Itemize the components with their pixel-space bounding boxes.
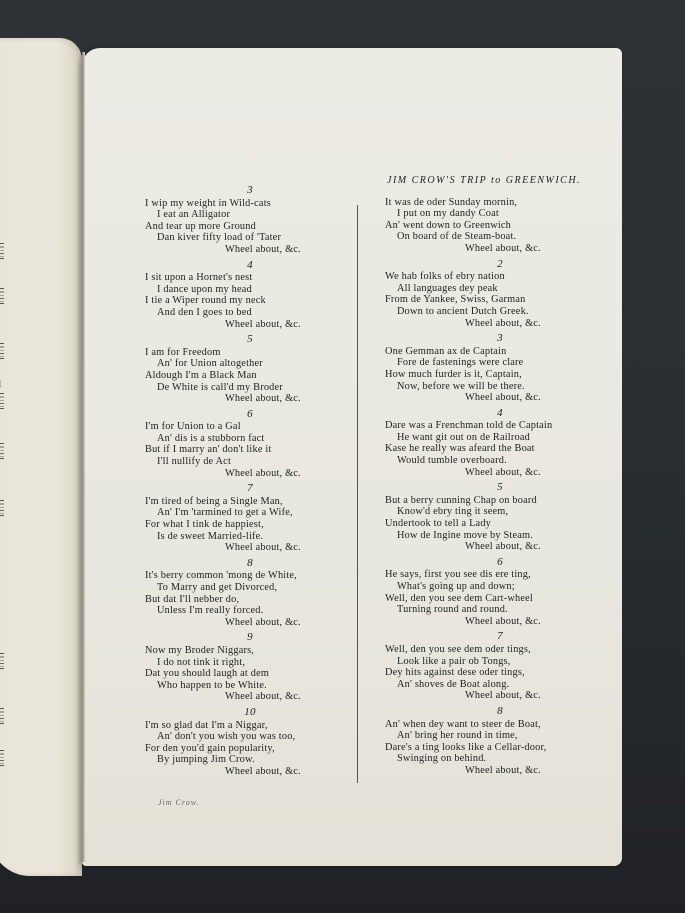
right-column-verses: JIM CROW'S TRIP to GREENWICH. It was de …	[385, 175, 615, 781]
stanza: 4I sit upon a Hornet's nestI dance upon …	[145, 260, 355, 331]
stanza-number: 5	[145, 334, 355, 346]
refrain-line: Wheel about, &c.	[145, 244, 355, 256]
page-gutter	[82, 52, 85, 862]
verse-line: What's going up and down;	[385, 581, 615, 593]
verse-line: Who happen to be White.	[145, 680, 355, 692]
stanza: 7Well, den you see dem oder tings,Look l…	[385, 631, 615, 702]
stanza: 6He says, first you see dis ere ting,Wha…	[385, 557, 615, 628]
refrain-line: Wheel about, &c.	[385, 243, 615, 255]
verse-line: He says, first you see dis ere ting,	[385, 569, 615, 581]
verse-line: Fore de fastenings were clare	[385, 357, 615, 369]
verse-line: From de Yankee, Swiss, Garman	[385, 294, 615, 306]
verse-line: I do not tink it right,	[145, 657, 355, 669]
stanza-number: 3	[385, 333, 615, 345]
verse-line: An' for Union altogether	[145, 358, 355, 370]
verse-line: Dare's a ting looks like a Cellar-door,	[385, 742, 615, 754]
stanza-number: 9	[145, 632, 355, 644]
verse-line: One Gemman ax de Captain	[385, 346, 615, 358]
verse-line: I sit upon a Hornet's nest	[145, 272, 355, 284]
verse-line: Aldough I'm a Black Man	[145, 370, 355, 382]
verse-line: I put on my dandy Coat	[385, 208, 615, 220]
refrain-line: Wheel about, &c.	[145, 766, 355, 778]
verse-line: An' don't you wish you was too,	[145, 731, 355, 743]
left-column-verses: 3I wip my weight in Wild-catsI eat an Al…	[145, 185, 355, 782]
music-staff	[0, 708, 4, 724]
verse-line: Know'd ebry ting it seem,	[385, 506, 615, 518]
verse-line: I'm for Union to a Gal	[145, 421, 355, 433]
stanza-number: 5	[385, 482, 615, 494]
verse-line: I wip my weight in Wild-cats	[145, 198, 355, 210]
verse-line: Dat you should laugh at dem	[145, 668, 355, 680]
verse-line: For what I tink de happiest,	[145, 519, 355, 531]
verse-line: But if I marry an' don't like it	[145, 444, 355, 456]
stanza-number: 2	[385, 259, 615, 271]
music-staff	[0, 750, 4, 766]
stanza-number: 6	[385, 557, 615, 569]
left-page-text-fragment: nd	[0, 378, 1, 390]
stanza: 9Now my Broder Niggars,I do not tink it …	[145, 632, 355, 703]
music-staff	[0, 443, 4, 459]
music-staff	[0, 288, 4, 304]
verse-line: Unless I'm really forced.	[145, 605, 355, 617]
refrain-line: Wheel about, &c.	[385, 467, 615, 479]
verse-line: But dat I'll nebber do,	[145, 594, 355, 606]
verse-line: De White is call'd my Broder	[145, 382, 355, 394]
verse-line: Turning round and round.	[385, 604, 615, 616]
page-footer-signature: Jim Crow.	[158, 798, 199, 807]
verse-line: I'm so glad dat I'm a Niggar,	[145, 720, 355, 732]
adjacent-left-page: nd	[0, 38, 82, 876]
verse-line: And tear up more Ground	[145, 221, 355, 233]
stanza: 3I wip my weight in Wild-catsI eat an Al…	[145, 185, 355, 256]
verse-line: We hab folks of ebry nation	[385, 271, 615, 283]
refrain-line: Wheel about, &c.	[145, 468, 355, 480]
stanza: 5But a berry cunning Chap on boardKnow'd…	[385, 482, 615, 553]
refrain-line: Wheel about, &c.	[145, 691, 355, 703]
stanza-number: 7	[385, 631, 615, 643]
stanza-number: 8	[385, 706, 615, 718]
verse-line: And den I goes to bed	[145, 307, 355, 319]
stanza-number: 10	[145, 707, 355, 719]
refrain-line: Wheel about, &c.	[145, 393, 355, 405]
verse-line: Dan kiver fifty load of 'Tater	[145, 232, 355, 244]
verse-line: It's berry common 'mong de White,	[145, 570, 355, 582]
stanza-number: 4	[145, 260, 355, 272]
verse-line: An' went down to Greenwich	[385, 220, 615, 232]
verse-line: All languages dey peak	[385, 283, 615, 295]
verse-line: For den you'd gain popularity,	[145, 743, 355, 755]
verse-line: Down to ancient Dutch Greek.	[385, 306, 615, 318]
refrain-line: Wheel about, &c.	[385, 616, 615, 628]
verse-line: Look like a pair ob Tongs,	[385, 656, 615, 668]
verse-line: I dance upon my head	[145, 284, 355, 296]
verse-line: I eat an Alligator	[145, 209, 355, 221]
column-divider	[357, 205, 358, 783]
verse-line: But a berry cunning Chap on board	[385, 495, 615, 507]
music-staff	[0, 343, 4, 359]
music-staff	[0, 500, 4, 516]
refrain-line: Wheel about, &c.	[145, 617, 355, 629]
stanza: 8It's berry common 'mong de White,To Mar…	[145, 558, 355, 629]
verse-line: To Marry and get Divorced,	[145, 582, 355, 594]
verse-line: I am for Freedom	[145, 347, 355, 359]
refrain-line: Wheel about, &c.	[385, 392, 615, 404]
stanza: 10I'm so glad dat I'm a Niggar,An' don't…	[145, 707, 355, 778]
verse-line: An' shoves de Boat along.	[385, 679, 615, 691]
stanza: 2We hab folks of ebry nationAll language…	[385, 259, 615, 330]
verse-line: I tie a Wiper round my neck	[145, 295, 355, 307]
verse-line: Is de sweet Married-life.	[145, 531, 355, 543]
refrain-line: Wheel about, &c.	[385, 690, 615, 702]
stanza-number: 8	[145, 558, 355, 570]
verse-line: An' I'm 'tarmined to get a Wife,	[145, 507, 355, 519]
verse-line: I'm tired of being a Single Man,	[145, 496, 355, 508]
refrain-line: Wheel about, &c.	[145, 319, 355, 331]
verse-line: By jumping Jim Crow.	[145, 754, 355, 766]
verse-line: On board of de Steam-boat.	[385, 231, 615, 243]
verse-line: An' bring her round in time,	[385, 730, 615, 742]
verse-line: How de Ingine move by Steam.	[385, 530, 615, 542]
refrain-line: Wheel about, &c.	[385, 541, 615, 553]
stanza-number: 3	[145, 185, 355, 197]
music-staff	[0, 393, 4, 409]
verse-line: An' when dey want to steer de Boat,	[385, 719, 615, 731]
verse-line: Now my Broder Niggars,	[145, 645, 355, 657]
stanza: It was de oder Sunday mornin,I put on my…	[385, 197, 615, 255]
refrain-line: Wheel about, &c.	[385, 318, 615, 330]
verse-line: Dey hits against dese oder tings,	[385, 667, 615, 679]
verse-line: It was de oder Sunday mornin,	[385, 197, 615, 209]
stanza: 3One Gemman ax de CaptainFore de fasteni…	[385, 333, 615, 404]
verse-line: How much furder is it, Captain,	[385, 369, 615, 381]
verse-line: Dare was a Frenchman told de Captain	[385, 420, 615, 432]
verse-line: Well, den you see dem Cart-wheel	[385, 593, 615, 605]
verse-line: Now, before we will be there.	[385, 381, 615, 393]
verse-line: Swinging on behind.	[385, 753, 615, 765]
stanza: 4Dare was a Frenchman told de CaptainHe …	[385, 408, 615, 479]
verse-line: Undertook to tell a Lady	[385, 518, 615, 530]
stanza: 7I'm tired of being a Single Man,An' I'm…	[145, 483, 355, 554]
verse-line: Kase he really was afeard the Boat	[385, 443, 615, 455]
music-staff	[0, 243, 4, 259]
song-title: JIM CROW'S TRIP to GREENWICH.	[387, 175, 615, 187]
verse-line: Well, den you see dem oder tings,	[385, 644, 615, 656]
music-staff	[0, 653, 4, 669]
verse-line: He want git out on de Railroad	[385, 432, 615, 444]
stanza: 8An' when dey want to steer de Boat,An' …	[385, 706, 615, 777]
refrain-line: Wheel about, &c.	[145, 542, 355, 554]
stanza: 5I am for FreedomAn' for Union altogethe…	[145, 334, 355, 405]
stanza-number: 4	[385, 408, 615, 420]
verse-line: I'll nullify de Act	[145, 456, 355, 468]
stanza-number: 6	[145, 409, 355, 421]
refrain-line: Wheel about, &c.	[385, 765, 615, 777]
stanza-number: 7	[145, 483, 355, 495]
stanza: 6I'm for Union to a GalAn' dis is a stub…	[145, 409, 355, 480]
verse-line: Would tumble overboard.	[385, 455, 615, 467]
verse-line: An' dis is a stubborn fact	[145, 433, 355, 445]
